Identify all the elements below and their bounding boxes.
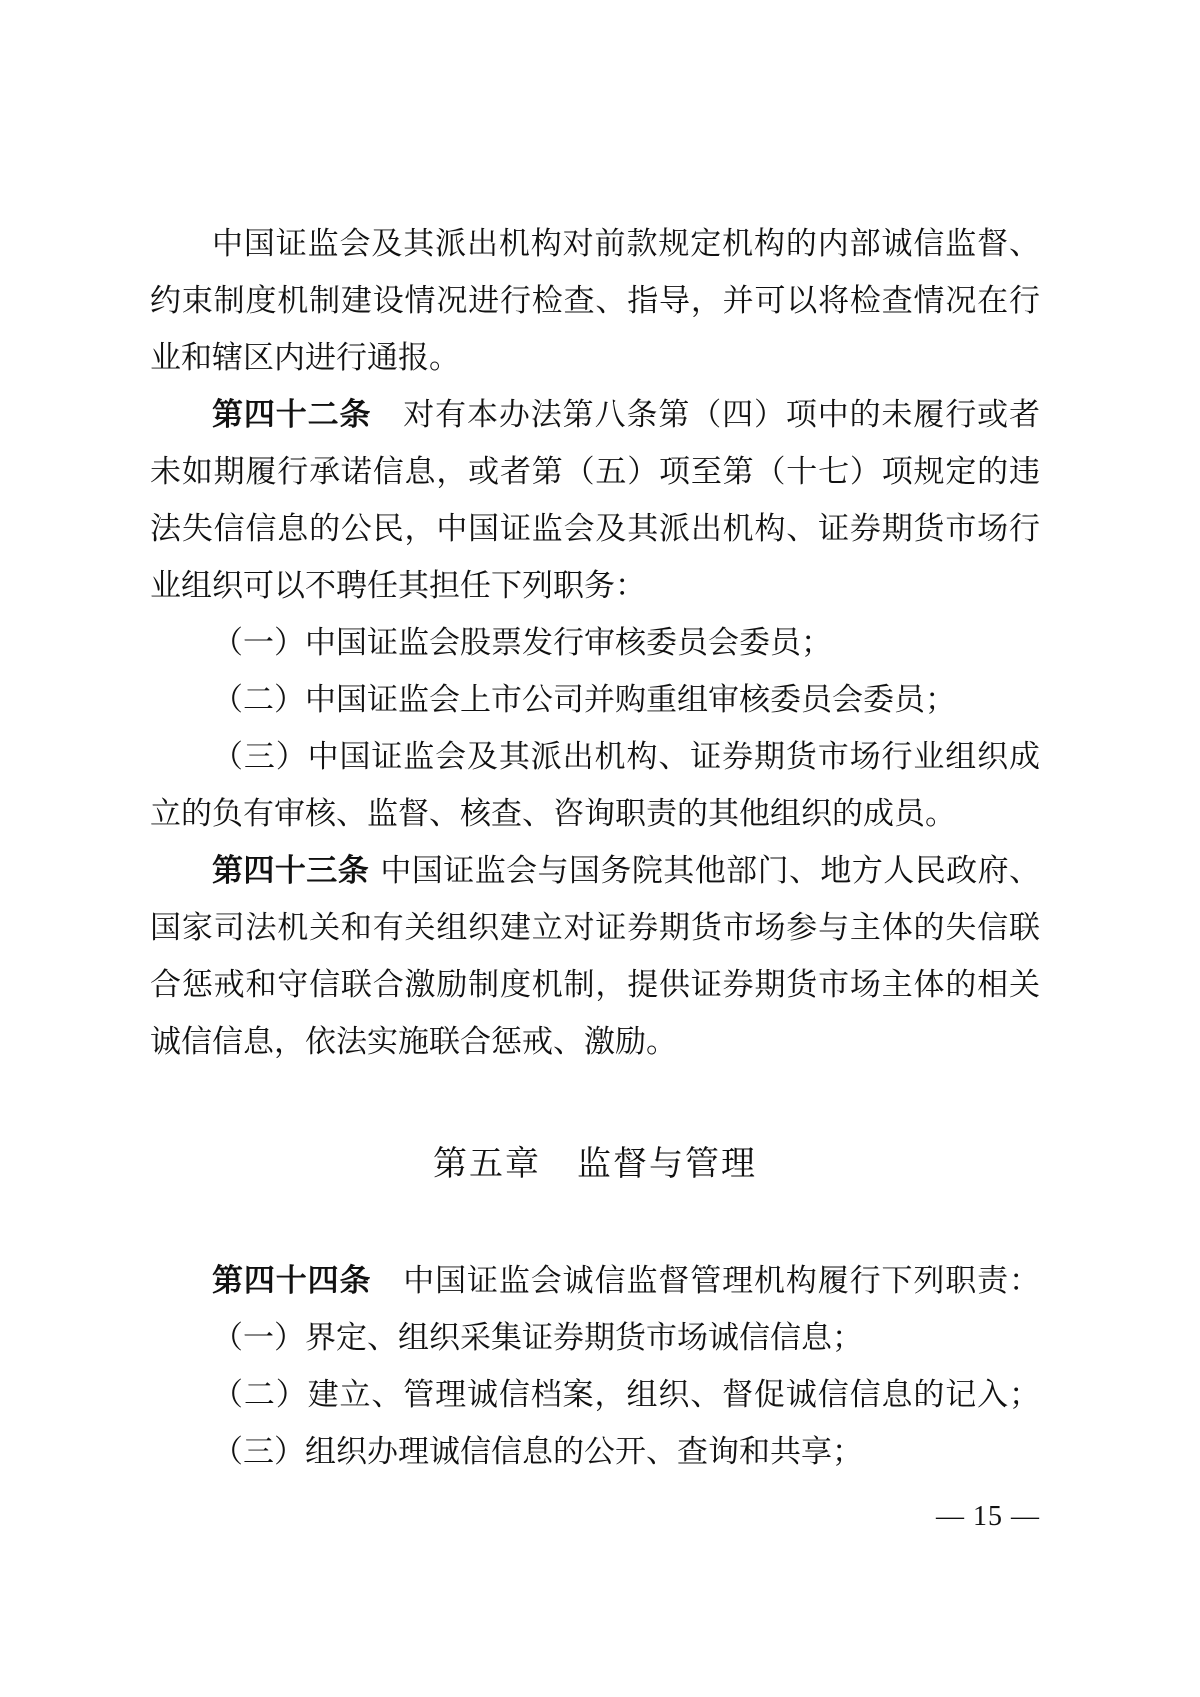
document-page: 中国证监会及其派出机构对前款规定机构的内部诚信监督、约束制度机制建设情况进行检查… xyxy=(0,0,1200,1697)
text-line: 立的负有审核、监督、核查、咨询职责的其他组织的成员。 xyxy=(150,785,1040,842)
text-line: 第四十三条中国证监会与国务院其他部门、地方人民政府、 xyxy=(150,842,1040,899)
line-text: 国家司法机关和有关组织建立对证券期货市场参与主体的失信联 xyxy=(150,910,1040,945)
line-text: （三）组织办理诚信信息的公开、查询和共享； xyxy=(212,1434,863,1469)
line-text: 对有本办法第八条第（四）项中的未履行或者 xyxy=(402,397,1040,432)
body-text-block-1: 中国证监会及其派出机构对前款规定机构的内部诚信监督、约束制度机制建设情况进行检查… xyxy=(150,215,1040,1070)
text-line: 业组织可以不聘任其担任下列职务： xyxy=(150,557,1040,614)
text-line: 国家司法机关和有关组织建立对证券期货市场参与主体的失信联 xyxy=(150,899,1040,956)
body-text-block-2: 第四十四条中国证监会诚信监督管理机构履行下列职责：（一）界定、组织采集证券期货市… xyxy=(150,1252,1040,1480)
text-line: （一）中国证监会股票发行审核委员会委员； xyxy=(150,614,1040,671)
line-text: 未如期履行承诺信息，或者第（五）项至第（十七）项规定的违 xyxy=(150,454,1040,489)
text-line: （三）组织办理诚信信息的公开、查询和共享； xyxy=(150,1423,1040,1480)
text-line: 诚信信息，依法实施联合惩戒、激励。 xyxy=(150,1013,1040,1070)
line-text: 约束制度机制建设情况进行检查、指导，并可以将检查情况在行 xyxy=(150,283,1040,318)
line-text: 合惩戒和守信联合激励制度机制，提供证券期货市场主体的相关 xyxy=(150,967,1040,1002)
article-number-label: 第四十四条 xyxy=(212,1263,371,1298)
page-number: — 15 — xyxy=(936,1500,1040,1534)
text-line: 业和辖区内进行通报。 xyxy=(150,329,1040,386)
line-text: （一）界定、组织采集证券期货市场诚信信息； xyxy=(212,1320,863,1355)
text-line: 第四十四条中国证监会诚信监督管理机构履行下列职责： xyxy=(150,1252,1040,1309)
line-text: 中国证监会诚信监督管理机构履行下列职责： xyxy=(402,1263,1040,1298)
line-text: 法失信信息的公民，中国证监会及其派出机构、证券期货市场行 xyxy=(150,511,1040,546)
line-text: （三）中国证监会及其派出机构、证券期货市场行业组织成 xyxy=(212,739,1040,774)
text-line: （一）界定、组织采集证券期货市场诚信信息； xyxy=(150,1309,1040,1366)
line-text: 中国证监会及其派出机构对前款规定机构的内部诚信监督、 xyxy=(212,226,1040,261)
line-text: （二）中国证监会上市公司并购重组审核委员会委员； xyxy=(212,682,956,717)
text-line: 中国证监会及其派出机构对前款规定机构的内部诚信监督、 xyxy=(150,215,1040,272)
text-line: （三）中国证监会及其派出机构、证券期货市场行业组织成 xyxy=(150,728,1040,785)
text-line: 合惩戒和守信联合激励制度机制，提供证券期货市场主体的相关 xyxy=(150,956,1040,1013)
chapter-heading: 第五章 监督与管理 xyxy=(150,1136,1040,1193)
text-line: 第四十二条对有本办法第八条第（四）项中的未履行或者 xyxy=(150,386,1040,443)
line-text: 业和辖区内进行通报。 xyxy=(150,340,460,375)
text-line: 约束制度机制建设情况进行检查、指导，并可以将检查情况在行 xyxy=(150,272,1040,329)
line-text: （二）建立、管理诚信档案，组织、督促诚信信息的记入； xyxy=(212,1377,1040,1412)
line-text: 业组织可以不聘任其担任下列职务： xyxy=(150,568,646,603)
article-number-label: 第四十三条 xyxy=(212,853,369,888)
line-text: 中国证监会与国务院其他部门、地方人民政府、 xyxy=(380,853,1040,888)
article-number-label: 第四十二条 xyxy=(212,397,371,432)
line-text: 立的负有审核、监督、核查、咨询职责的其他组织的成员。 xyxy=(150,796,956,831)
text-line: （二）建立、管理诚信档案，组织、督促诚信信息的记入； xyxy=(150,1366,1040,1423)
text-line: 未如期履行承诺信息，或者第（五）项至第（十七）项规定的违 xyxy=(150,443,1040,500)
line-text: （一）中国证监会股票发行审核委员会委员； xyxy=(212,625,832,660)
text-line: （二）中国证监会上市公司并购重组审核委员会委员； xyxy=(150,671,1040,728)
text-line: 法失信信息的公民，中国证监会及其派出机构、证券期货市场行 xyxy=(150,500,1040,557)
line-text: 诚信信息，依法实施联合惩戒、激励。 xyxy=(150,1024,677,1059)
